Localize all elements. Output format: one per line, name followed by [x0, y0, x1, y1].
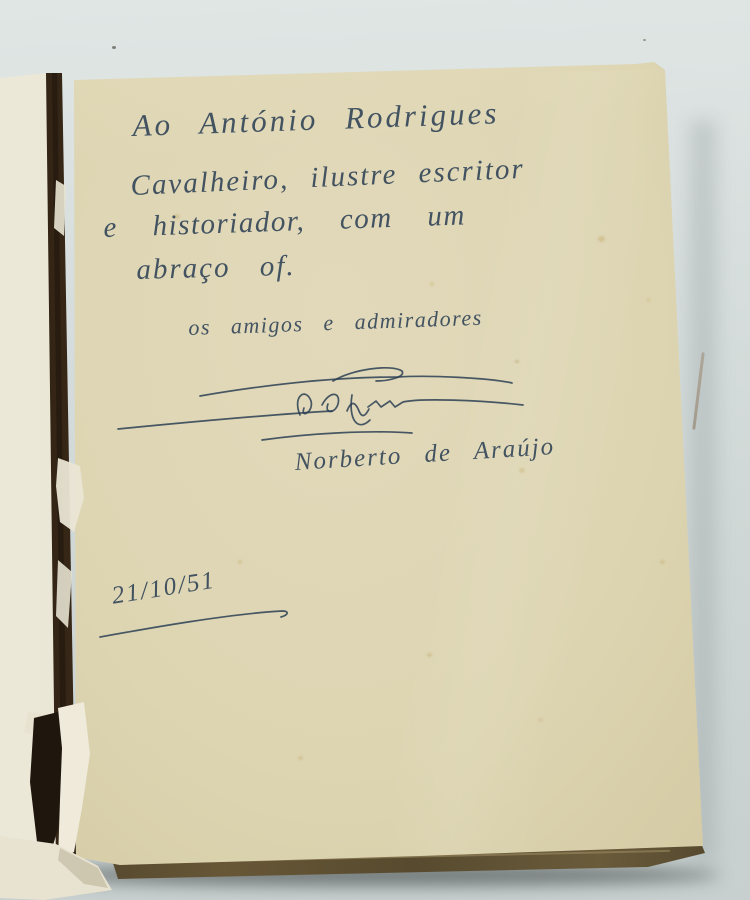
foxing-spot [519, 468, 525, 473]
book-photo-scene: Ao António Rodrigues Cavalheiro, ilustre… [0, 0, 750, 900]
foxing-spot [238, 560, 242, 564]
background-speck [643, 39, 646, 41]
foxing-spot [298, 756, 303, 760]
inscription-line-4: abraço of. [136, 252, 296, 285]
foxing-spot [427, 653, 432, 657]
foxing-spot [538, 718, 543, 722]
foxing-spot [598, 236, 605, 242]
foxing-spot [646, 298, 651, 302]
background-speck [112, 46, 116, 49]
foxing-spot [430, 282, 434, 286]
foxing-spot [660, 560, 665, 564]
foxing-spot [515, 360, 519, 363]
